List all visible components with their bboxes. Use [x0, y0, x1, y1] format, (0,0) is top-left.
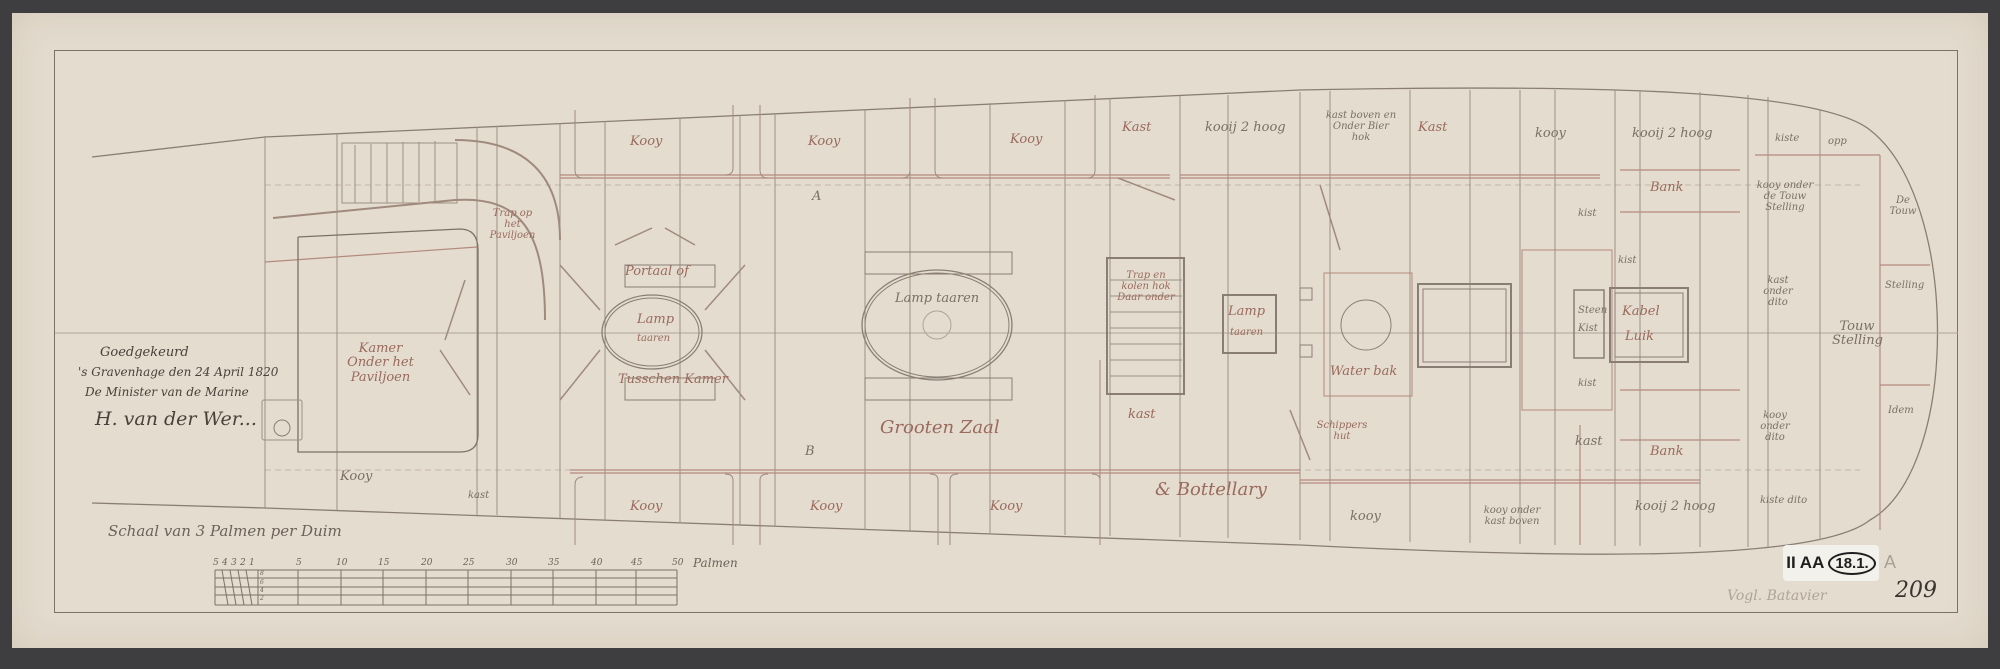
- label-kooy-top-2: Kooy: [808, 135, 840, 149]
- approval-minister: De Minister van de Marine: [85, 385, 249, 399]
- scale-tick: 20: [421, 558, 432, 568]
- sheet-number: 209: [1895, 578, 1937, 603]
- label-kabel: Kabel: [1622, 305, 1660, 319]
- label-trap-kolen-hok: Trap en kolen hok Daar onder: [1112, 270, 1180, 303]
- scale-small-tick: 5: [213, 558, 219, 568]
- label-kist-steen: Kist: [1578, 323, 1598, 334]
- scale-tick: 35: [548, 558, 559, 568]
- approval-heading: Goedgekeurd: [100, 345, 189, 360]
- label-kast-stern: kast: [468, 490, 489, 501]
- label-kast-top-1: Kast: [1122, 121, 1151, 135]
- label-lamp-3a: Lamp: [1228, 305, 1265, 319]
- label-kooy-top-4: kooy: [1535, 127, 1566, 141]
- scale-tick: 5: [296, 558, 302, 568]
- scale-tick: 10: [336, 558, 347, 568]
- label-touw-stelling: Touw Stelling: [1832, 320, 1882, 349]
- scale-tick: 15: [378, 558, 389, 568]
- approval-place-date: 's Gravenhage den 24 April 1820: [78, 365, 278, 379]
- scale-tick: 45: [631, 558, 642, 568]
- catalog-label: II AA 18.1.: [1783, 545, 1879, 581]
- label-lamp-1a: Lamp: [637, 313, 674, 327]
- scale-small-tick: 4: [222, 558, 228, 568]
- catalog-number: 18.1.: [1828, 552, 1875, 575]
- scale-tick: 50: [672, 558, 683, 568]
- label-trap-paviljoen: Trap op het Paviljoen: [485, 208, 540, 241]
- label-stelling: Stelling: [1885, 280, 1924, 291]
- label-kooij-2-hoog-2: kooij 2 hoog: [1632, 127, 1713, 141]
- label-kooy-top-3: Kooy: [1010, 133, 1042, 147]
- scale-unit: Palmen: [693, 556, 738, 570]
- label-lamp-3b: taaren: [1230, 327, 1263, 338]
- label-kooy-stern: Kooy: [340, 470, 372, 484]
- label-opp: opp: [1828, 136, 1847, 147]
- catalog-suffix: A: [1884, 552, 1896, 573]
- label-kiste-top: kiste: [1775, 133, 1799, 144]
- scale-tick: 30: [506, 558, 517, 568]
- label-kooy-bottom-3: Kooy: [810, 500, 842, 514]
- catalog-prefix: II AA: [1786, 553, 1824, 573]
- scale-small-tick: 1: [249, 558, 255, 568]
- label-tusschen-kamer: Tusschen Kamer: [618, 373, 728, 387]
- scale-small-tick: 2: [240, 558, 246, 568]
- approval-signature: H. van der Wer...: [95, 408, 257, 430]
- label-kist-1: kist: [1578, 208, 1596, 219]
- label-kooy-top-1: Kooy: [630, 135, 662, 149]
- label-luik: Luik: [1625, 330, 1654, 344]
- label-steen: Steen: [1578, 305, 1607, 316]
- label-portaal: Portaal of: [625, 265, 689, 279]
- label-kooy-onder-kast: kooy onder kast boven: [1482, 505, 1542, 527]
- label-bank-top: Bank: [1650, 181, 1684, 195]
- scale-title: Schaal van 3 Palmen per Duim: [108, 522, 342, 540]
- scale-tick: 40: [591, 558, 602, 568]
- label-water-bak: Water bak: [1330, 365, 1397, 379]
- label-kamer-onder: Kamer Onder het Paviljoen: [338, 342, 423, 385]
- label-kast-top-2: Kast: [1418, 121, 1447, 135]
- scale-row-label: 4: [260, 587, 264, 594]
- label-kist-3: kist: [1578, 378, 1596, 389]
- label-grooten-zaal: Grooten Zaal: [880, 418, 1000, 438]
- label-kooy-bottom-4: Kooy: [990, 500, 1022, 514]
- label-bottellary: & Bottellary: [1155, 480, 1267, 500]
- pencil-stamp-text: Vogl. Batavier: [1727, 588, 1827, 604]
- label-kooij-2-hoog-bottom: kooij 2 hoog: [1635, 500, 1716, 514]
- scale-small-tick: 3: [231, 558, 237, 568]
- label-kist-2: kist: [1618, 255, 1636, 266]
- label-kast-onder-dito: kast onder dito: [1758, 275, 1798, 308]
- label-kooy-bottom-2: Kooy: [630, 500, 662, 514]
- label-idem: Idem: [1888, 405, 1914, 416]
- label-kiste-dito: kiste dito: [1760, 495, 1807, 506]
- marker-a: A: [812, 190, 821, 204]
- scale-tick: 25: [463, 558, 474, 568]
- label-kast-mid: kast: [1128, 408, 1156, 422]
- label-kast-bottom-3: kast: [1575, 435, 1603, 449]
- deck-plan-drawing: [0, 0, 2000, 669]
- label-bank-bottom: Bank: [1650, 445, 1684, 459]
- label-lamp-2: Lamp taaren: [895, 292, 979, 306]
- scale-row-label: 8: [260, 570, 264, 577]
- marker-b: B: [805, 445, 815, 459]
- label-kast-boven-bierhok: kast boven en Onder Bier hok: [1325, 110, 1397, 143]
- scale-row-label: 2: [260, 595, 264, 602]
- label-lamp-1b: taaren: [637, 333, 670, 344]
- label-kooy-bottom-5: kooy: [1350, 510, 1381, 524]
- label-de-touw: De Touw: [1888, 195, 1918, 217]
- label-kooy-onder-dito: kooy onder dito: [1755, 410, 1795, 443]
- label-schippers-hut: Schippers hut: [1312, 420, 1372, 442]
- label-kooy-onder-touw: kooy onder de Touw Stelling: [1755, 180, 1815, 213]
- label-kooij-2-hoog-1: kooij 2 hoog: [1205, 121, 1286, 135]
- scale-row-label: 6: [260, 579, 264, 586]
